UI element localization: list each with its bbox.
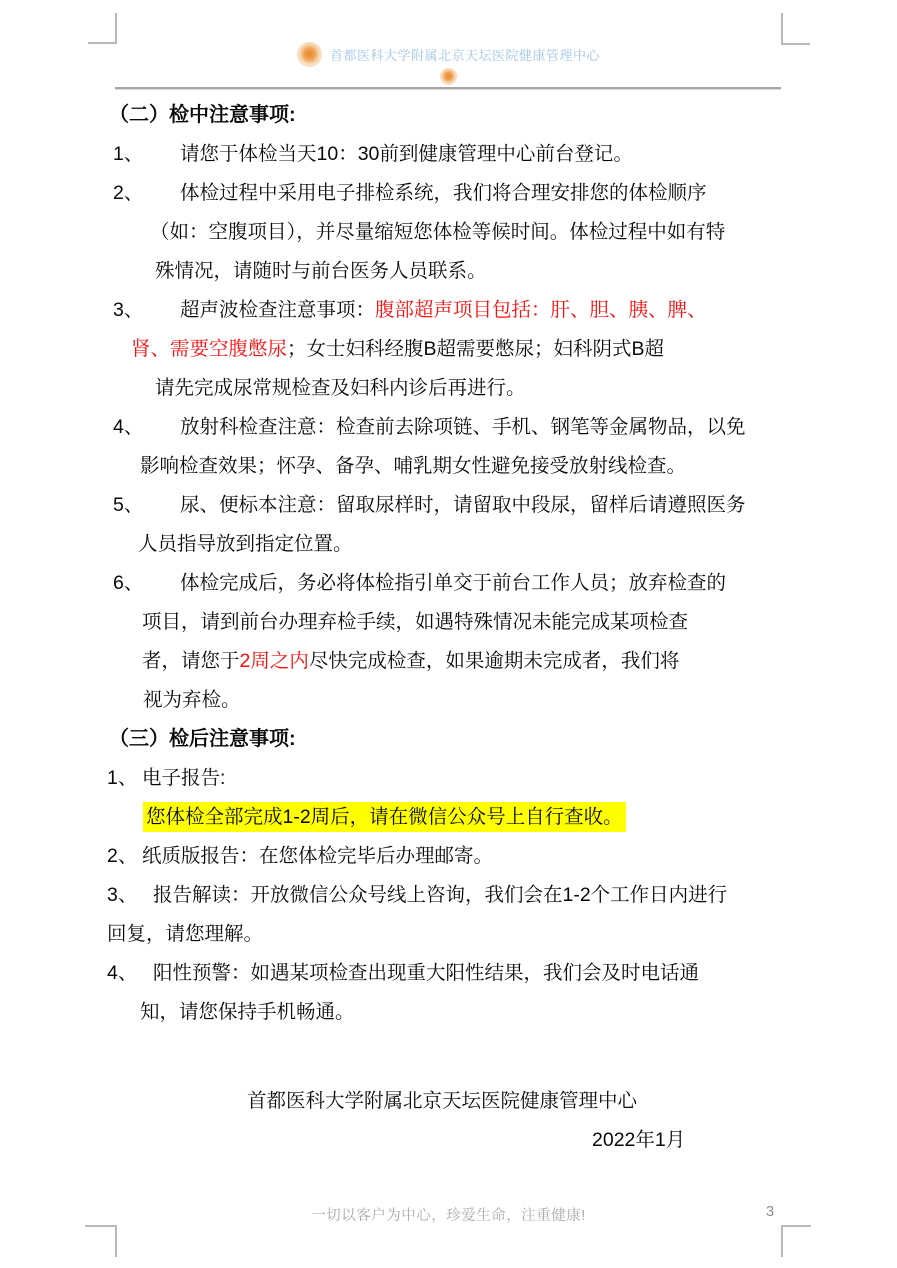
item-number: 2、: [107, 837, 142, 876]
list-item: 4、放射科检查注意：检查前去除项链、手机、钢笔等金属物品，以免: [107, 408, 797, 447]
list-item: 3、报告解读：开放微信公众号线上咨询，我们会在1-2个工作日内进行: [107, 876, 797, 915]
text-segment: ；女士妇科经腹B超需要憋尿；妇科阴式B超: [287, 338, 664, 360]
text-segment: （二）检中注意事项:: [109, 104, 296, 126]
section-heading-3: （三）检后注意事项:: [107, 720, 797, 759]
list-item-continuation: 者，请您于2周之内尽快完成检查，如果逾期未完成者，我们将: [107, 642, 797, 681]
text-segment: 纸质版报告：在您体检完毕后办理邮寄。: [142, 845, 493, 867]
list-item: 2、体检过程中采用电子排检系统，我们将合理安排您的体检顺序: [107, 174, 797, 213]
list-item: 5、尿、便标本注意：留取尿样时，请留取中段尿，留样后请遵照医务: [107, 486, 797, 525]
crop-mark-bottom-left-icon: [85, 1225, 117, 1257]
text-segment: 首都医科大学附属北京天坛医院健康管理中心: [247, 1090, 637, 1112]
signature-line: 首都医科大学附属北京天坛医院健康管理中心: [107, 1082, 797, 1121]
item-number: 4、: [113, 408, 180, 447]
crop-mark-bottom-right-icon: [781, 1225, 811, 1257]
text-segment: 尿、便标本注意：留取尿样时，请留取中段尿，留样后请遵照医务: [180, 494, 746, 516]
list-item-continuation: 影响检查效果；怀孕、备孕、哺乳期女性避免接受放射线检查。: [107, 447, 797, 486]
text-segment: 视为弃检。: [143, 689, 241, 711]
text-segment: 殊情况，请随时与前台医务人员联系。: [155, 260, 487, 282]
list-item-continuation: 项目，请到前台办理弃检手续，如遇特殊情况未能完成某项检查: [107, 603, 797, 642]
item-number: 4、: [107, 954, 153, 993]
list-item-continuation: 人员指导放到指定位置。: [107, 525, 797, 564]
document-page: 首都医科大学附属北京天坛医院健康管理中心 （二）检中注意事项:1、请您于体检当天…: [0, 0, 897, 1268]
section-heading-2: （二）检中注意事项:: [107, 96, 797, 135]
list-item: 1、电子报告:: [107, 759, 797, 798]
red-text: 肾、需要空腹憋尿: [131, 338, 287, 360]
document-body: （二）检中注意事项:1、请您于体检当天10：30前到健康管理中心前台登记。2、体…: [107, 96, 797, 1160]
text-segment: 阳性预警：如遇某项检查出现重大阳性结果，我们会及时电话通: [153, 962, 699, 984]
list-item: 1、请您于体检当天10：30前到健康管理中心前台登记。: [107, 135, 797, 174]
text-segment: 项目，请到前台办理弃检手续，如遇特殊情况未能完成某项检查: [142, 611, 688, 633]
list-item: 2、纸质版报告：在您体检完毕后办理邮寄。: [107, 837, 797, 876]
list-item-continuation: 回复，请您理解。: [107, 915, 797, 954]
hospital-emblem-icon: [297, 42, 322, 67]
hospital-emblem-small-icon: [440, 68, 457, 85]
list-item: 3、超声波检查注意事项：腹部超声项目包括：肝、胆、胰、脾、: [107, 291, 797, 330]
text-segment: 者，请您于: [142, 650, 240, 672]
date-line: 2022年1月: [107, 1121, 797, 1160]
header-title: 首都医科大学附属北京天坛医院健康管理中心: [330, 45, 600, 64]
page-header: 首都医科大学附属北京天坛医院健康管理中心: [0, 40, 897, 68]
text-segment: 知，请您保持手机畅通。: [140, 1001, 355, 1023]
list-item-continuation: 肾、需要空腹憋尿；女士妇科经腹B超需要憋尿；妇科阴式B超: [107, 330, 797, 369]
item-number: 1、: [107, 759, 142, 798]
list-item-continuation: 殊情况，请随时与前台医务人员联系。: [107, 252, 797, 291]
text-segment: 2022年1月: [592, 1129, 685, 1151]
text-segment: 体检过程中采用电子排检系统，我们将合理安排您的体检顺序: [180, 182, 707, 204]
text-segment: 电子报告:: [142, 767, 225, 789]
item-number: 6、: [113, 564, 180, 603]
text-segment: 体检完成后，务必将体检指引单交于前台工作人员；放弃检查的: [180, 572, 726, 594]
list-item: 4、阳性预警：如遇某项检查出现重大阳性结果，我们会及时电话通: [107, 954, 797, 993]
list-item: 6、体检完成后，务必将体检指引单交于前台工作人员；放弃检查的: [107, 564, 797, 603]
text-segment: （如：空腹项目），并尽量缩短您体检等候时间。体检过程中如有特: [150, 221, 725, 243]
text-segment: 尽快完成检查，如果逾期未完成者，我们将: [309, 650, 680, 672]
list-item-continuation: （如：空腹项目），并尽量缩短您体检等候时间。体检过程中如有特: [107, 213, 797, 252]
text-segment: 报告解读：开放微信公众号线上咨询，我们会在1-2个工作日内进行: [153, 884, 727, 906]
blank-line: [107, 1032, 797, 1082]
text-segment: 影响检查效果；怀孕、备孕、哺乳期女性避免接受放射线检查。: [140, 455, 686, 477]
red-text: 2周之内: [240, 650, 309, 672]
list-item-continuation: 视为弃检。: [107, 681, 797, 720]
text-segment: 回复，请您理解。: [107, 923, 263, 945]
list-item-continuation: 知，请您保持手机畅通。: [107, 993, 797, 1032]
highlight-line: 您体检全部完成1-2周后，请在微信公众号上自行查收。: [107, 798, 797, 837]
highlight-text: 您体检全部完成1-2周后，请在微信公众号上自行查收。: [143, 802, 626, 832]
red-text: 腹部超声项目包括：肝、胆、胰、脾、: [375, 299, 707, 321]
item-number: 5、: [113, 486, 180, 525]
text-segment: 超声波检查注意事项：: [180, 299, 375, 321]
text-segment: 请您于体检当天10：30前到健康管理中心前台登记。: [180, 143, 633, 165]
text-segment: 放射科检查注意：检查前去除项链、手机、钢笔等金属物品，以免: [180, 416, 746, 438]
text-segment: （三）检后注意事项:: [109, 728, 296, 750]
header-divider: [115, 87, 781, 90]
item-number: 1、: [113, 135, 180, 174]
page-number: 3: [760, 1203, 780, 1220]
item-number: 2、: [113, 174, 180, 213]
item-number: 3、: [113, 291, 180, 330]
text-segment: 请先完成尿常规检查及妇科内诊后再进行。: [155, 377, 526, 399]
list-item-continuation: 请先完成尿常规检查及妇科内诊后再进行。: [107, 369, 797, 408]
item-number: 3、: [107, 876, 153, 915]
text-segment: 人员指导放到指定位置。: [138, 533, 353, 555]
